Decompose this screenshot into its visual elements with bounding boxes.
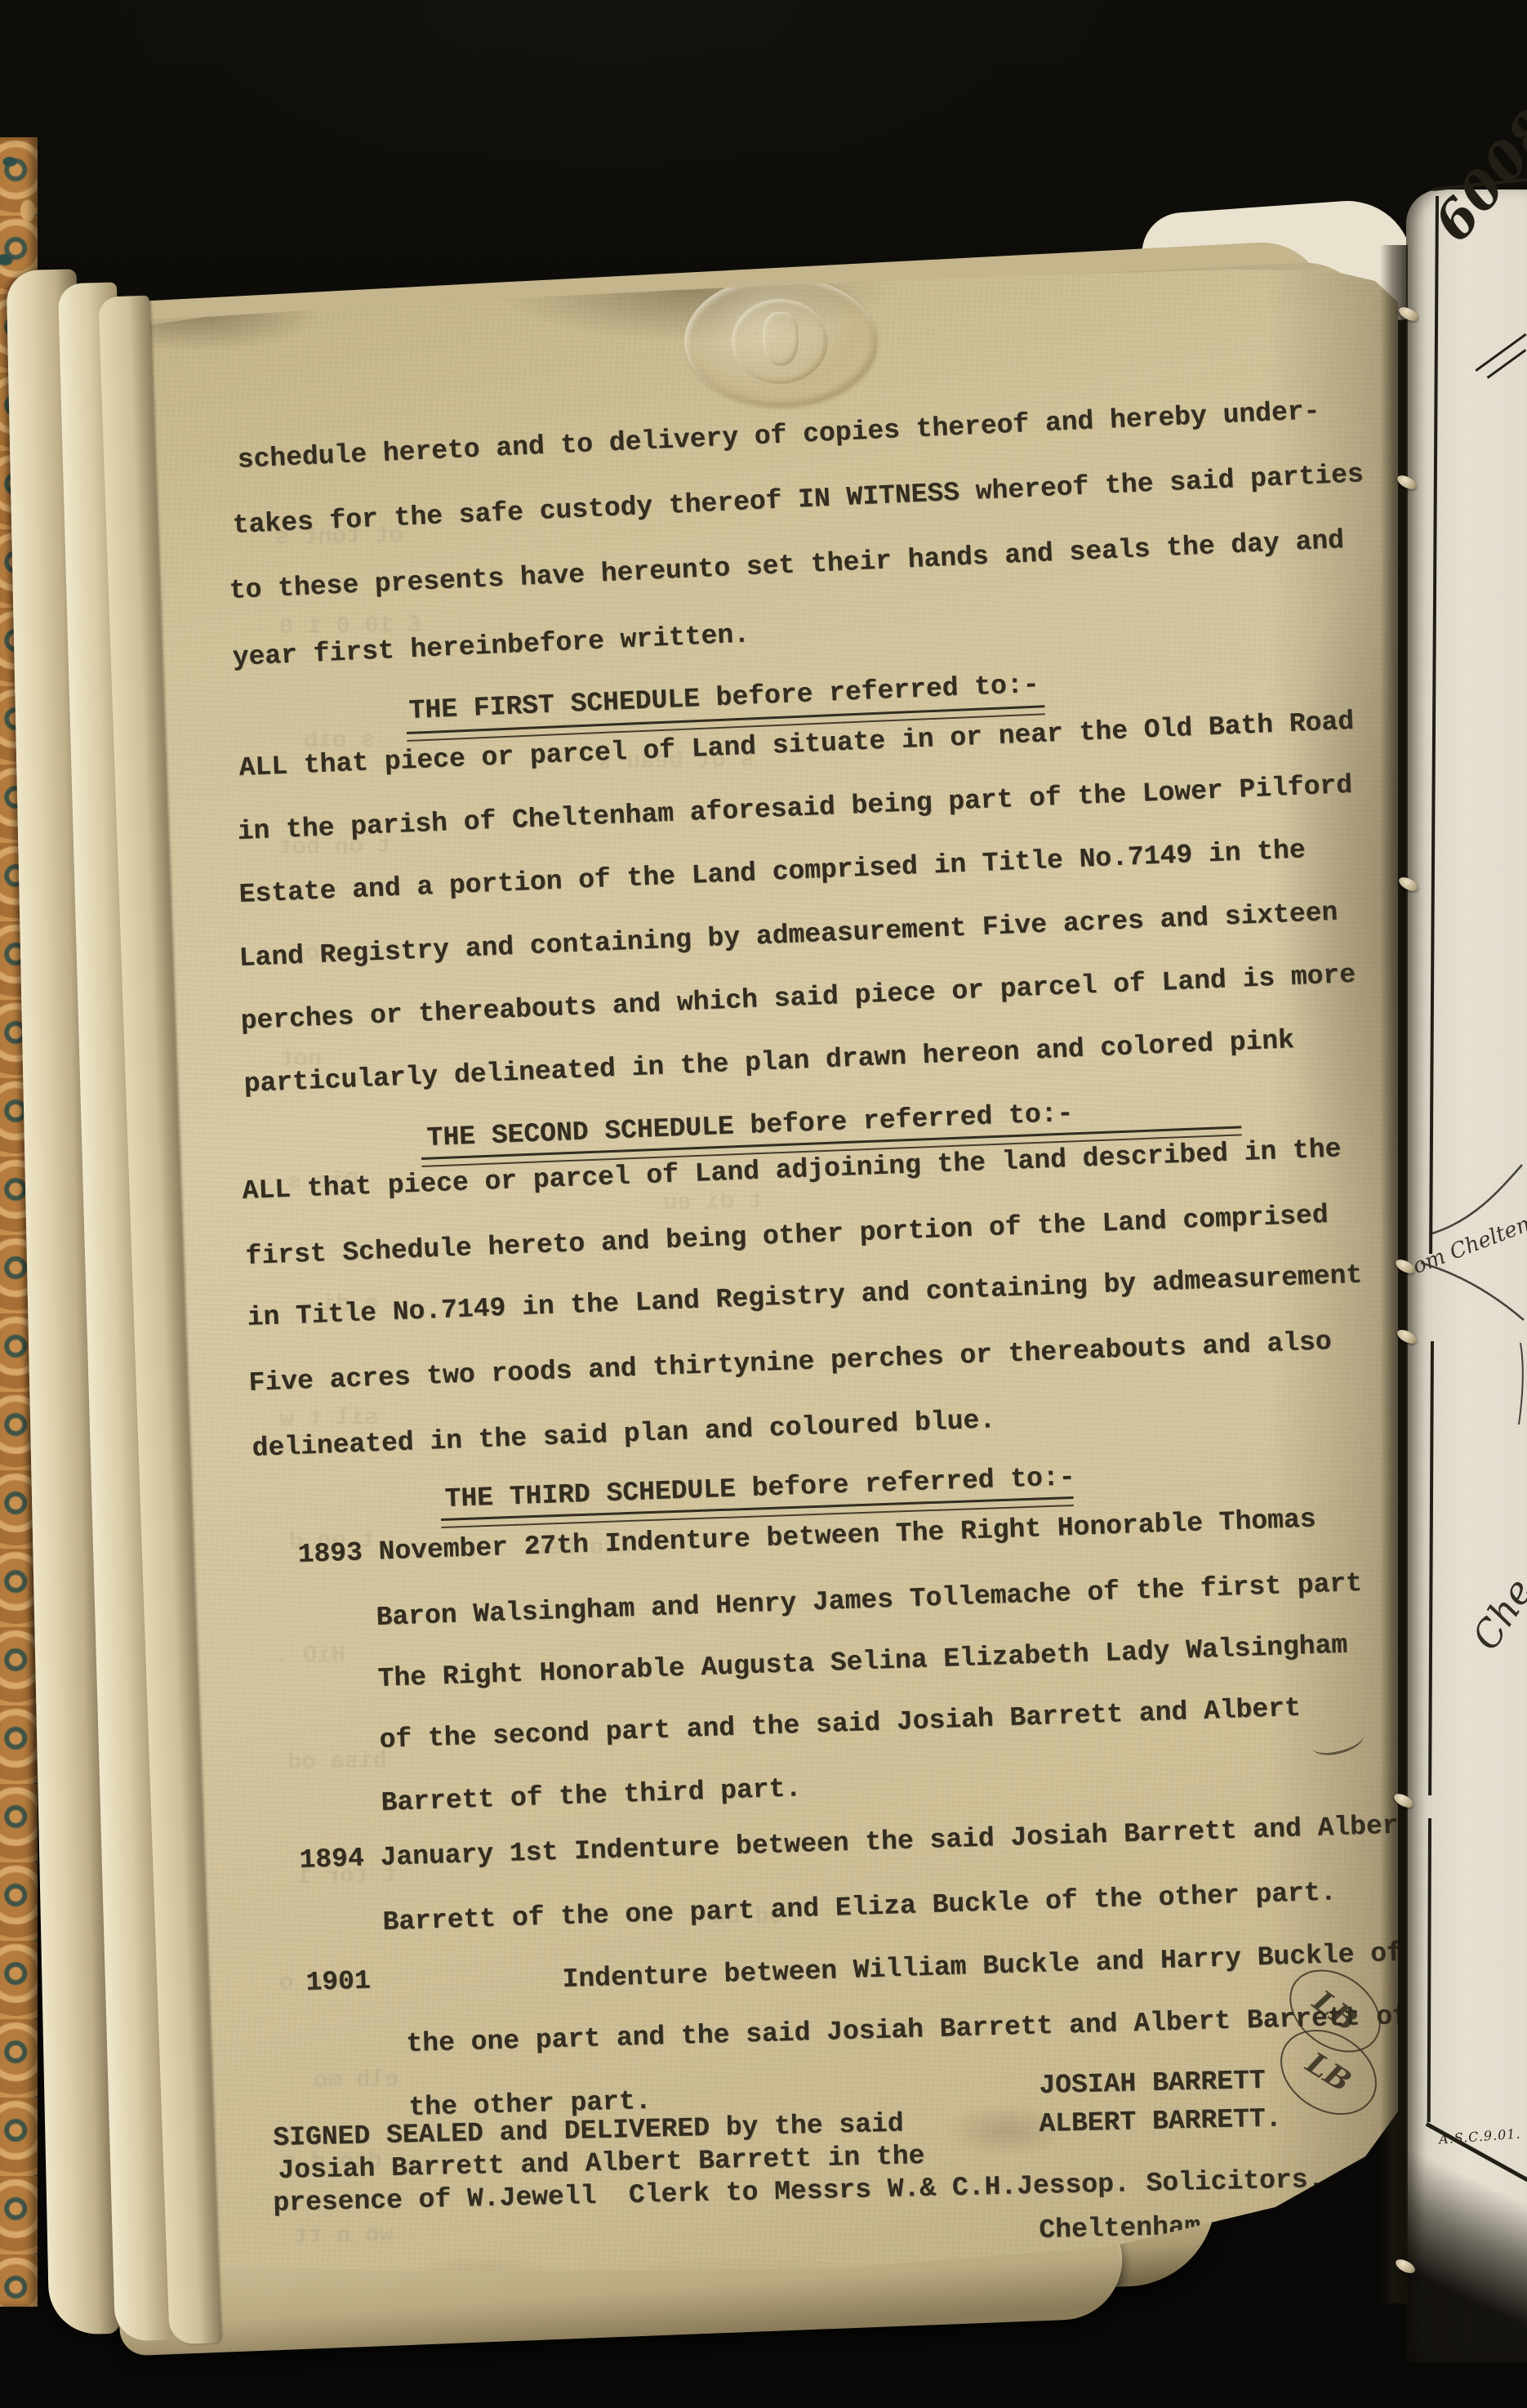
ghost-ink-offset: HiO . <box>274 1641 346 1670</box>
marbled-cover-edge <box>0 137 38 2307</box>
typed-line: ALBERT BARRETT. <box>1039 2103 1282 2139</box>
ghost-ink-offset: t di eu <box>663 1188 763 1216</box>
typed-line: 1901 <box>305 1966 371 1998</box>
document-page: LB LB ot tont s£ 10 0 1 0s oibt on bot.o… <box>91 270 1398 2361</box>
embossed-seal <box>684 276 877 407</box>
ghost-ink-offset: bisa od <box>287 1747 387 1776</box>
typed-line: JOSIAH BARRETT <box>1039 2066 1266 2101</box>
ghost-ink-offset: wo n tt <box>294 2221 394 2250</box>
binding-gutter-shadow <box>1380 245 1408 2303</box>
scanned-book-photo: 6008 om Cheltenham Che A.S.C.9.01. LB LB… <box>0 0 1527 2408</box>
plan-road-lines <box>1406 1150 1527 1477</box>
ghost-ink-offset: elb mo <box>314 2066 399 2094</box>
